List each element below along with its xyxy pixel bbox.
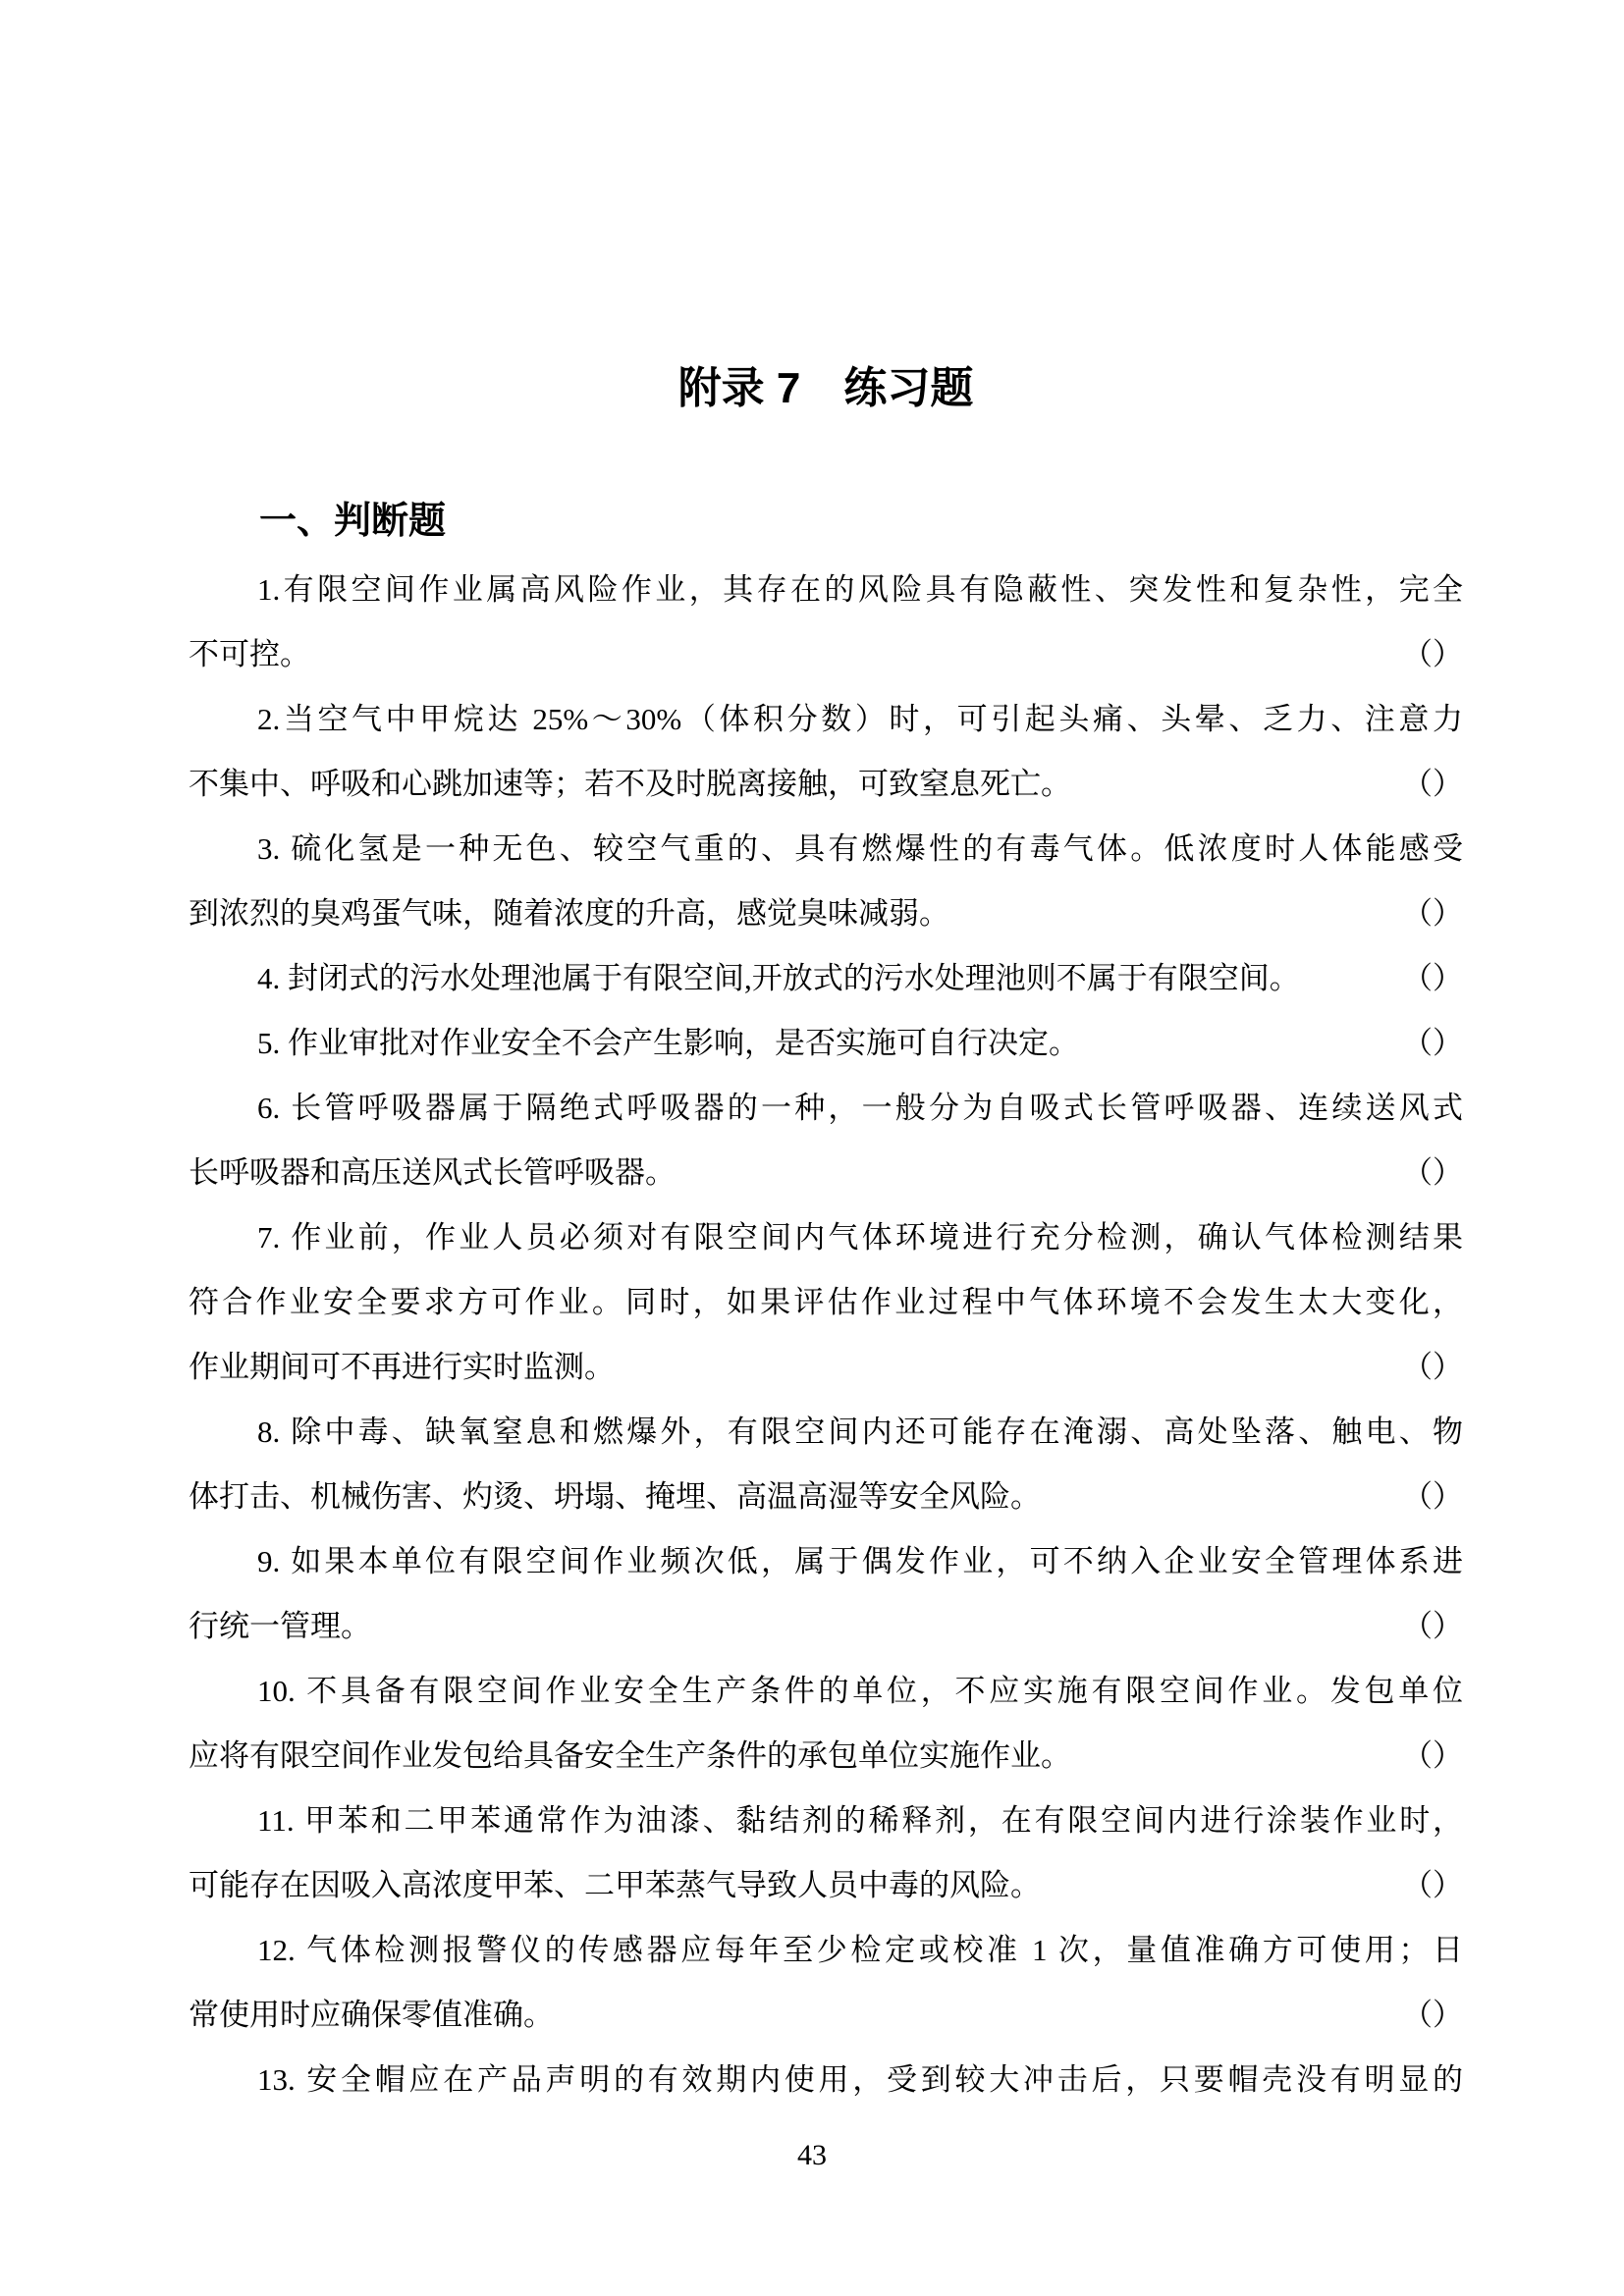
question-last-line: 到浓烈的臭鸡蛋气味，随着浓度的升高，感觉臭味减弱。 （） — [189, 881, 1463, 946]
question-text-line: 到浓烈的臭鸡蛋气味，随着浓度的升高，感觉臭味减弱。 — [189, 881, 949, 946]
answer-bracket: （） — [1402, 1594, 1463, 1659]
question-text-line: 4. 封闭式的污水处理池属于有限空间,开放式的污水处理池则不属于有限空间。 — [257, 946, 1300, 1011]
question-text-line: 作业期间可不再进行实时监测。 — [189, 1335, 615, 1400]
question-text-line: 应将有限空间作业发包给具备安全生产条件的承包单位实施作业。 — [189, 1724, 1071, 1789]
question-text-line: 符合作业安全要求方可作业。同时，如果评估作业过程中气体环境不会发生太大变化， — [189, 1270, 1463, 1335]
question-text-line: 可能存在因吸入高浓度甲苯、二甲苯蒸气导致人员中毒的风险。 — [189, 1853, 1041, 1918]
question-9: 9. 如果本单位有限空间作业频次低，属于偶发作业，可不纳入企业安全管理体系进 行… — [189, 1529, 1463, 1659]
question-11: 11. 甲苯和二甲苯通常作为油漆、黏结剂的稀释剂，在有限空间内进行涂装作业时， … — [189, 1789, 1463, 1918]
question-last-line: 可能存在因吸入高浓度甲苯、二甲苯蒸气导致人员中毒的风险。 （） — [189, 1853, 1463, 1918]
question-text-line: 5. 作业审批对作业安全不会产生影响，是否实施可自行决定。 — [257, 1011, 1079, 1076]
section-heading-true-false: 一、判断题 — [189, 499, 1463, 544]
question-text-line: 8. 除中毒、缺氧窒息和燃爆外，有限空间内还可能存在淹溺、高处坠落、触电、物 — [189, 1400, 1463, 1465]
page-title: 附录 7 练习题 — [189, 363, 1463, 414]
question-text-line: 2.当空气中甲烷达 25%～30%（体积分数）时，可引起头痛、头晕、乏力、注意力 — [189, 687, 1463, 752]
answer-bracket: （） — [1402, 1465, 1463, 1529]
answer-bracket: （） — [1402, 1853, 1463, 1918]
question-10: 10. 不具备有限空间作业安全生产条件的单位，不应实施有限空间作业。发包单位 应… — [189, 1659, 1463, 1789]
question-13: 13. 安全帽应在产品声明的有效期内使用，受到较大冲击后，只要帽壳没有明显的 — [189, 2048, 1463, 2112]
question-6: 6. 长管呼吸器属于隔绝式呼吸器的一种，一般分为自吸式长管呼吸器、连续送风式 长… — [189, 1076, 1463, 1205]
answer-bracket: （） — [1402, 1011, 1463, 1076]
question-last-line: 不可控。 （） — [189, 622, 1463, 687]
question-list: 1.有限空间作业属高风险作业，其存在的风险具有隐蔽性、突发性和复杂性，完全 不可… — [189, 558, 1463, 2112]
question-last-line: 常使用时应确保零值准确。 （） — [189, 1983, 1463, 2048]
question-8: 8. 除中毒、缺氧窒息和燃爆外，有限空间内还可能存在淹溺、高处坠落、触电、物 体… — [189, 1400, 1463, 1529]
question-4: 4. 封闭式的污水处理池属于有限空间,开放式的污水处理池则不属于有限空间。 （） — [189, 946, 1463, 1011]
question-text-line: 长呼吸器和高压送风式长管呼吸器。 — [189, 1141, 676, 1205]
question-text-line: 6. 长管呼吸器属于隔绝式呼吸器的一种，一般分为自吸式长管呼吸器、连续送风式 — [189, 1076, 1463, 1141]
question-last-line: 行统一管理。 （） — [189, 1594, 1463, 1659]
question-text-line: 11. 甲苯和二甲苯通常作为油漆、黏结剂的稀释剂，在有限空间内进行涂装作业时， — [189, 1789, 1463, 1853]
question-text-line: 7. 作业前，作业人员必须对有限空间内气体环境进行充分检测，确认气体检测结果 — [189, 1205, 1463, 1270]
question-last-line: 应将有限空间作业发包给具备安全生产条件的承包单位实施作业。 （） — [189, 1724, 1463, 1789]
answer-bracket: （） — [1402, 1335, 1463, 1400]
question-last-line: 4. 封闭式的污水处理池属于有限空间,开放式的污水处理池则不属于有限空间。 （） — [189, 946, 1463, 1011]
document-content: 附录 7 练习题 一、判断题 1.有限空间作业属高风险作业，其存在的风险具有隐蔽… — [189, 0, 1463, 2112]
question-last-line: 5. 作业审批对作业安全不会产生影响，是否实施可自行决定。 （） — [189, 1011, 1463, 1076]
question-text-line: 13. 安全帽应在产品声明的有效期内使用，受到较大冲击后，只要帽壳没有明显的 — [189, 2048, 1463, 2112]
question-1: 1.有限空间作业属高风险作业，其存在的风险具有隐蔽性、突发性和复杂性，完全 不可… — [189, 558, 1463, 687]
question-text-line: 3. 硫化氢是一种无色、较空气重的、具有燃爆性的有毒气体。低浓度时人体能感受 — [189, 817, 1463, 881]
question-text-line: 常使用时应确保零值准确。 — [189, 1983, 554, 2048]
document-page: 附录 7 练习题 一、判断题 1.有限空间作业属高风险作业，其存在的风险具有隐蔽… — [0, 0, 1624, 2296]
question-2: 2.当空气中甲烷达 25%～30%（体积分数）时，可引起头痛、头晕、乏力、注意力… — [189, 687, 1463, 817]
question-last-line: 不集中、呼吸和心跳加速等；若不及时脱离接触，可致窒息死亡。 （） — [189, 752, 1463, 817]
question-text-line: 行统一管理。 — [189, 1594, 371, 1659]
question-3: 3. 硫化氢是一种无色、较空气重的、具有燃爆性的有毒气体。低浓度时人体能感受 到… — [189, 817, 1463, 946]
question-text-line: 不可控。 — [189, 622, 310, 687]
page-number: 43 — [0, 2136, 1624, 2175]
answer-bracket: （） — [1402, 752, 1463, 817]
answer-bracket: （） — [1402, 881, 1463, 946]
question-text-line: 体打击、机械伤害、灼烫、坍塌、掩埋、高温高湿等安全风险。 — [189, 1465, 1041, 1529]
question-text-line: 1.有限空间作业属高风险作业，其存在的风险具有隐蔽性、突发性和复杂性，完全 — [189, 558, 1463, 622]
answer-bracket: （） — [1402, 1724, 1463, 1789]
question-text-line: 不集中、呼吸和心跳加速等；若不及时脱离接触，可致窒息死亡。 — [189, 752, 1071, 817]
question-text-line: 10. 不具备有限空间作业安全生产条件的单位，不应实施有限空间作业。发包单位 — [189, 1659, 1463, 1724]
question-text-line: 12. 气体检测报警仪的传感器应每年至少检定或校准 1 次，量值准确方可使用；日 — [189, 1918, 1463, 1983]
answer-bracket: （） — [1402, 1141, 1463, 1205]
question-12: 12. 气体检测报警仪的传感器应每年至少检定或校准 1 次，量值准确方可使用；日… — [189, 1918, 1463, 2048]
question-last-line: 体打击、机械伤害、灼烫、坍塌、掩埋、高温高湿等安全风险。 （） — [189, 1465, 1463, 1529]
question-7: 7. 作业前，作业人员必须对有限空间内气体环境进行充分检测，确认气体检测结果 符… — [189, 1205, 1463, 1400]
question-5: 5. 作业审批对作业安全不会产生影响，是否实施可自行决定。 （） — [189, 1011, 1463, 1076]
answer-bracket: （） — [1402, 946, 1463, 1011]
answer-bracket: （） — [1402, 1983, 1463, 2048]
question-last-line: 作业期间可不再进行实时监测。 （） — [189, 1335, 1463, 1400]
question-last-line: 长呼吸器和高压送风式长管呼吸器。 （） — [189, 1141, 1463, 1205]
question-text-line: 9. 如果本单位有限空间作业频次低，属于偶发作业，可不纳入企业安全管理体系进 — [189, 1529, 1463, 1594]
answer-bracket: （） — [1402, 622, 1463, 687]
